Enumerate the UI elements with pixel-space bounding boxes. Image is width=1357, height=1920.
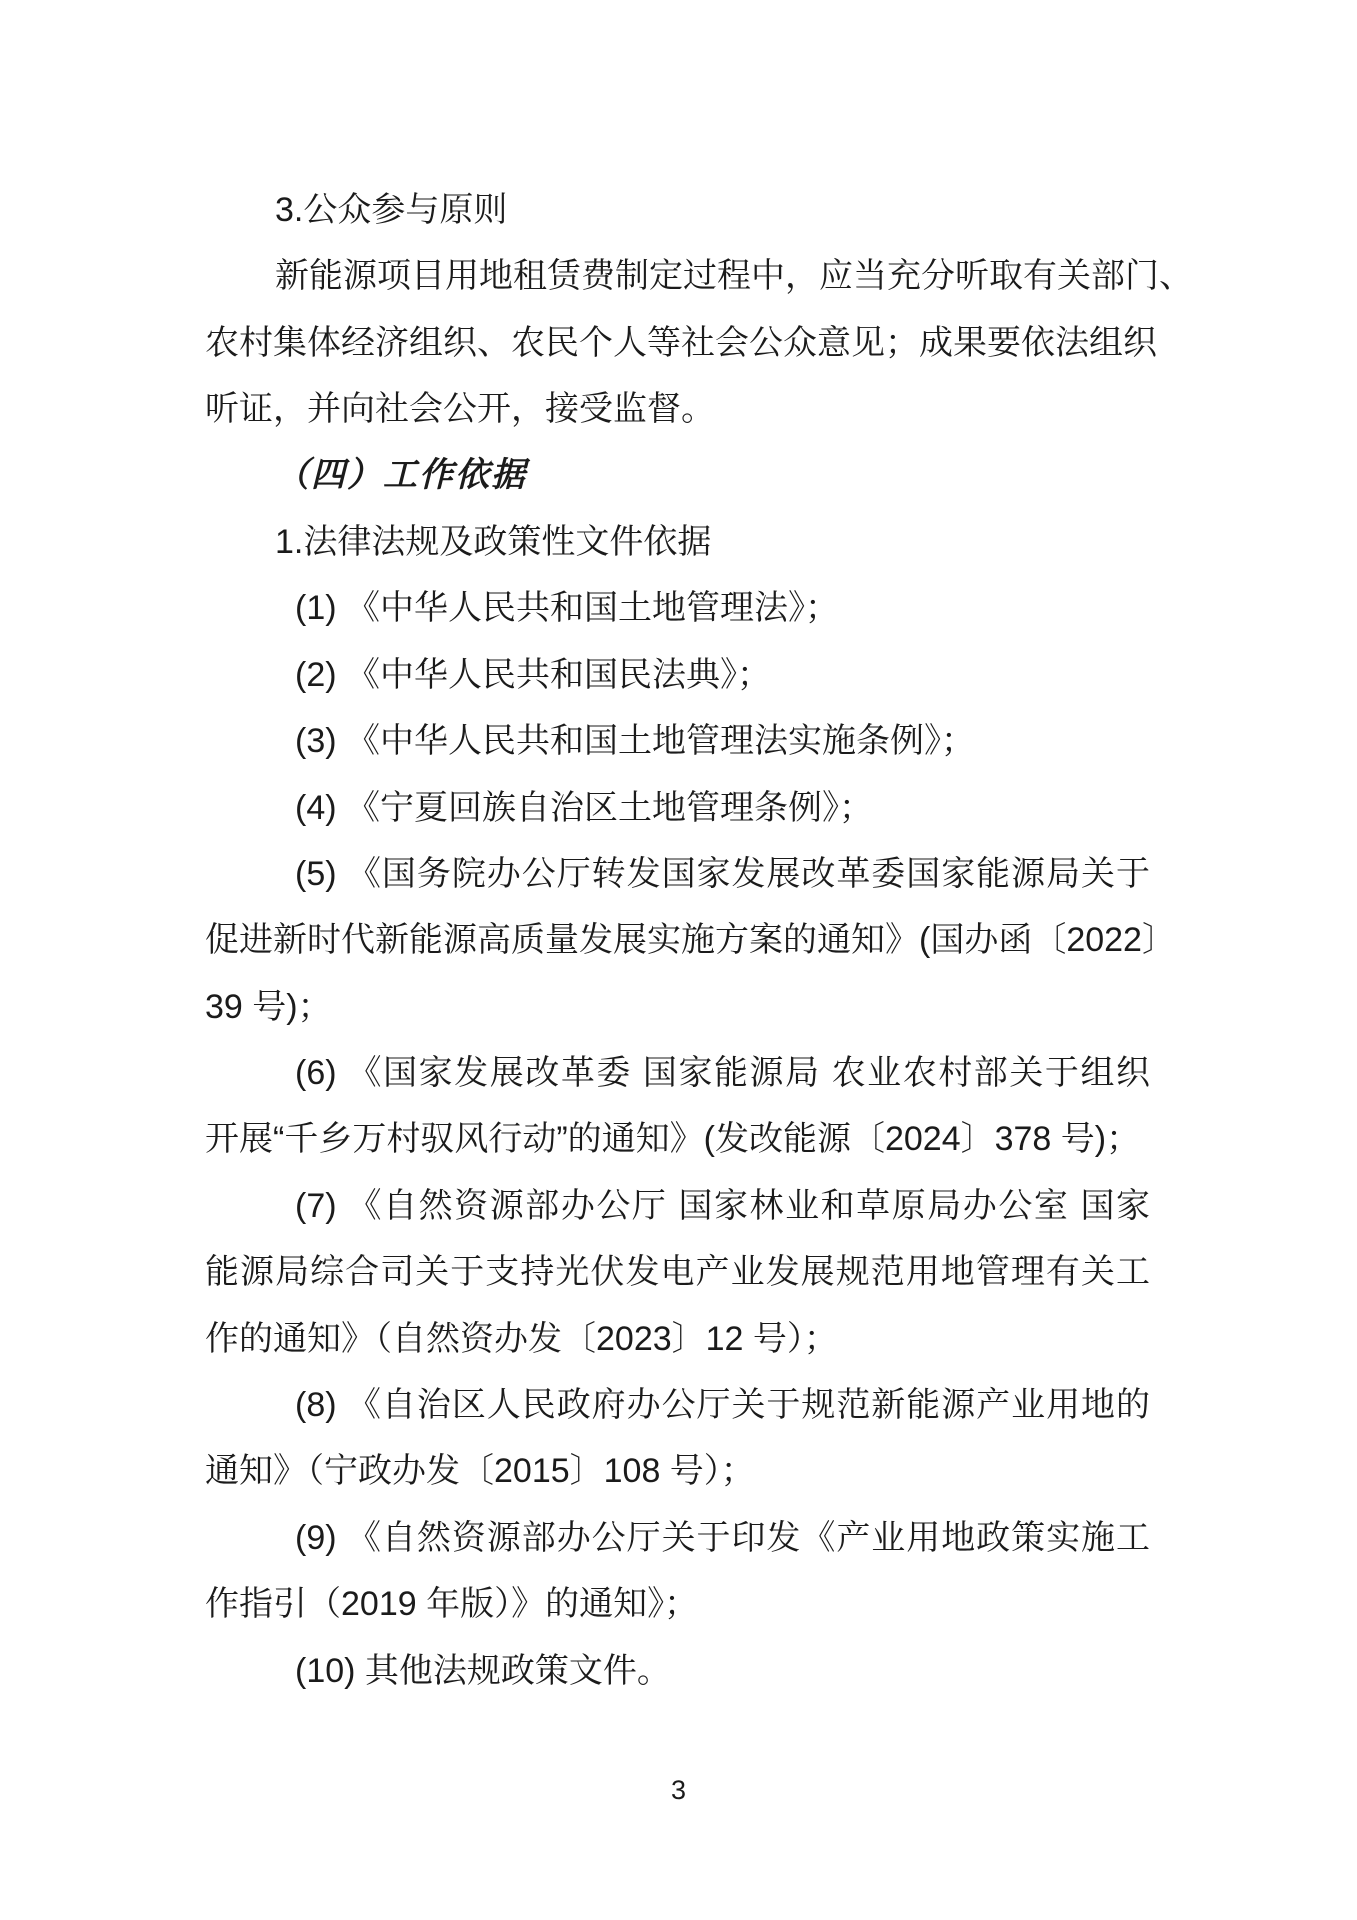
- list-item-5-continuation: 39 号)；: [205, 974, 1150, 1040]
- list-item-5-continuation: 促进新时代新能源高质量发展实施方案的通知》(国办函〔2022〕: [205, 907, 1150, 973]
- list-item-3: (3) 《中华人民共和国土地管理法实施条例》；: [205, 708, 1150, 774]
- paragraph-line: 农村集体经济组织、农民个人等社会公众意见；成果要依法组织: [205, 310, 1150, 376]
- list-item-9: (9) 《自然资源部办公厅关于印发《产业用地政策实施工: [205, 1505, 1150, 1571]
- list-item-4: (4) 《宁夏回族自治区土地管理条例》；: [205, 775, 1150, 841]
- list-item-7-continuation: 作的通知》（自然资办发〔2023〕12 号）；: [205, 1306, 1150, 1372]
- list-item-7: (7) 《自然资源部办公厅 国家林业和草原局办公室 国家: [205, 1173, 1150, 1239]
- section-4-heading: （四）工作依据: [205, 443, 1150, 509]
- document-page: { "page": { "number": "3", "background_c…: [0, 0, 1357, 1920]
- list-item-6: (6) 《国家发展改革委 国家能源局 农业农村部关于组织: [205, 1040, 1150, 1106]
- list-item-6-continuation: 开展“千乡万村驭风行动”的通知》(发改能源〔2024〕378 号)；: [205, 1106, 1150, 1172]
- subsection-1-heading: 1.法律法规及政策性文件依据: [205, 509, 1150, 575]
- list-item-7-continuation: 能源局综合司关于支持光伏发电产业发展规范用地管理有关工: [205, 1239, 1150, 1305]
- list-item-1: (1) 《中华人民共和国土地管理法》；: [205, 575, 1150, 641]
- list-item-2: (2) 《中华人民共和国民法典》；: [205, 642, 1150, 708]
- list-item-8-continuation: 通知》（宁政办发〔2015〕108 号）；: [205, 1438, 1150, 1504]
- document-text-block: 3.公众参与原则 新能源项目用地租赁费制定过程中，应当充分听取有关部门、 农村集…: [205, 177, 1150, 1704]
- paragraph-line: 新能源项目用地租赁费制定过程中，应当充分听取有关部门、: [205, 243, 1150, 309]
- list-item-9-continuation: 作指引（2019 年版）》的通知》；: [205, 1571, 1150, 1637]
- list-item-10: (10) 其他法规政策文件。: [205, 1638, 1150, 1704]
- list-item-5: (5) 《国务院办公厅转发国家发展改革委国家能源局关于: [205, 841, 1150, 907]
- list-item-8: (8) 《自治区人民政府办公厅关于规范新能源产业用地的: [205, 1372, 1150, 1438]
- page-number: 3: [0, 1770, 1357, 1810]
- principle-3-heading: 3.公众参与原则: [205, 177, 1150, 243]
- paragraph-line: 听证，并向社会公开，接受监督。: [205, 376, 1150, 442]
